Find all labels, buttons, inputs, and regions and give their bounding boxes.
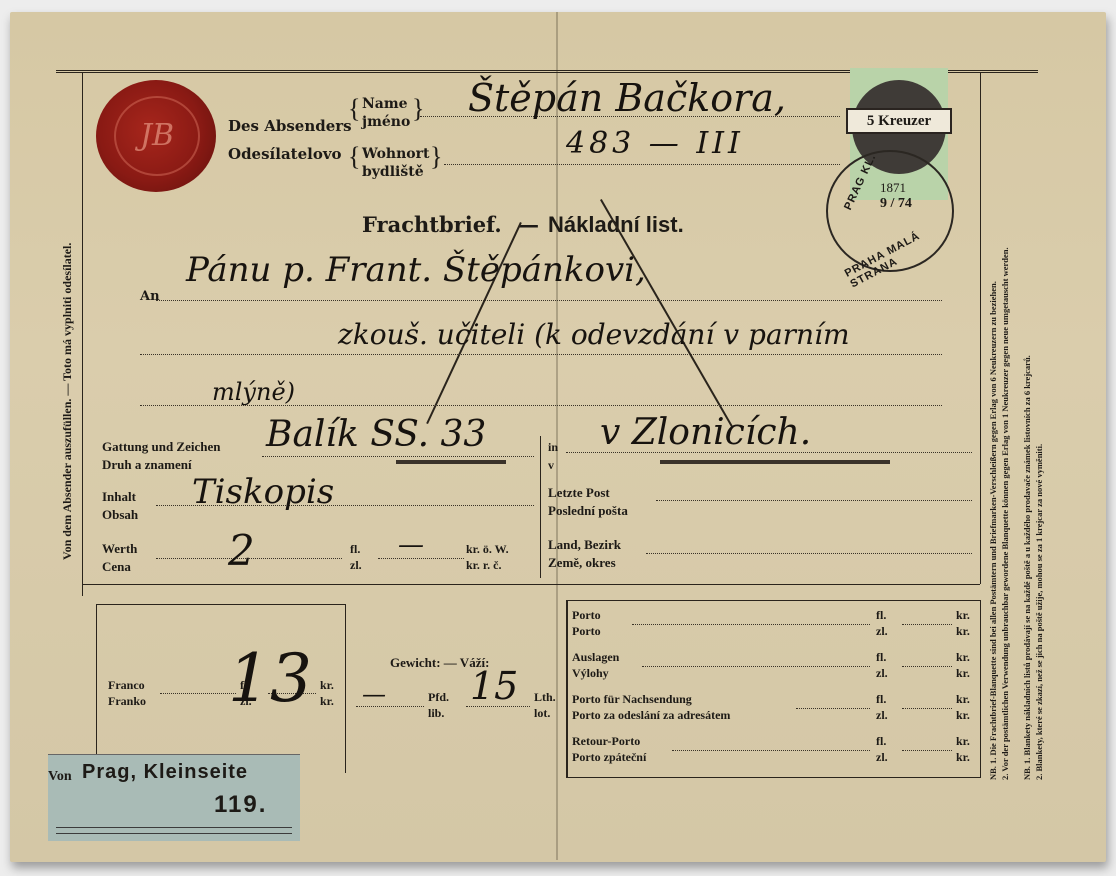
origin-rule <box>56 833 292 834</box>
recipient-line-1 <box>156 300 942 301</box>
charge-fl-line <box>632 624 870 625</box>
origin-place: Prag, Kleinseite <box>82 761 248 784</box>
charge-label-cs: Výlohy <box>572 666 609 680</box>
charge-fl-de: fl. <box>876 608 886 622</box>
charge-fl-cs: zl. <box>876 708 888 722</box>
charge-label-de: Retour-Porto <box>572 734 640 748</box>
origin-rule <box>56 827 292 828</box>
franco-label-cs: Franko <box>108 694 146 708</box>
origin-label: Von Prag, Kleinseite 119. <box>48 754 300 841</box>
note-cs-2: 2. Blankety, které se zkazí, než se jich… <box>1034 240 1046 780</box>
weight-lth-cs: lot. <box>534 706 550 720</box>
in-label-de: in <box>548 440 558 454</box>
weight-pfd-value: — <box>362 680 386 708</box>
value-amount: 2 <box>228 526 255 575</box>
district-label-cs: Země, okres <box>548 556 616 570</box>
charge-fl-line <box>672 750 870 751</box>
charge-kr-de: kr. <box>956 734 970 748</box>
value-label-de: Werth <box>102 542 137 556</box>
sender-label-de: Des Absenders <box>228 118 352 135</box>
weight-pfd-de: Pfd. <box>428 690 449 704</box>
in-label-cs: v <box>548 458 554 472</box>
kind-underline <box>396 460 506 464</box>
residence-label-cs: bydliště <box>362 164 424 181</box>
franco-fl-line <box>160 693 236 694</box>
brace: { <box>348 94 360 124</box>
district-line <box>646 553 972 554</box>
weight-lth-de: Lth. <box>534 690 556 704</box>
stamp-value: 5 Kreuzer <box>846 108 952 134</box>
last-post-line <box>656 500 972 501</box>
content-label-cs: Obsah <box>102 508 138 522</box>
brace: } <box>430 142 442 172</box>
recipient-line-2 <box>140 354 942 355</box>
weight-pfd-cs: lib. <box>428 706 444 720</box>
charge-label-cs: Porto zpáteční <box>572 750 646 764</box>
charge-row: Retour-Porto Porto zpáteční fl. zl. kr. … <box>572 730 972 772</box>
name-label-de: Name <box>362 96 408 113</box>
charge-label-de: Porto für Nachsendung <box>572 692 692 706</box>
charge-fl-line <box>642 666 870 667</box>
last-post-label-de: Letzte Post <box>548 486 610 500</box>
charge-kr-de: kr. <box>956 608 970 622</box>
content-label-de: Inhalt <box>102 490 136 504</box>
franco-kr-cs: kr. <box>320 694 334 708</box>
charge-kr-de: kr. <box>956 650 970 664</box>
district-label-de: Land, Bezirk <box>548 538 621 552</box>
value-fl-cs: zl. <box>350 558 362 572</box>
sender-name-value: Štěpán Bačkora, <box>468 76 786 120</box>
charges-list: Porto Porto fl. zl. kr. kr. Auslagen Výl… <box>572 604 972 772</box>
kind-value: Balík SS. 33 <box>266 414 486 455</box>
brace: } <box>412 94 424 124</box>
value-kr-de: kr. ö. W. <box>466 542 509 556</box>
kind-line <box>262 456 534 457</box>
charge-fl-line <box>796 708 870 709</box>
charge-fl-de: fl. <box>876 692 886 706</box>
charge-fl-de: fl. <box>876 734 886 748</box>
charge-row: Porto Porto fl. zl. kr. kr. <box>572 604 972 646</box>
note-de-2: 2. Vor der postämtlichen Verwendung unbr… <box>1000 80 1022 780</box>
charge-label-de: Auslagen <box>572 650 619 664</box>
recipient-line1-value: Pánu p. Frant. Štěpánkovi, <box>186 250 646 290</box>
origin-prefix: Von <box>48 769 72 785</box>
kind-label-cs: Druh a znamení <box>102 458 192 472</box>
charge-fl-de: fl. <box>876 650 886 664</box>
brace: { <box>348 142 360 172</box>
frame-right-line <box>980 72 981 584</box>
residence-line <box>444 164 840 165</box>
last-post-label-cs: Poslední pošta <box>548 504 628 518</box>
charge-kr-cs: kr. <box>956 708 970 722</box>
value-kr-cs: kr. r. č. <box>466 558 501 572</box>
recipient-line3-value: mlýně) <box>212 378 295 406</box>
franco-value: 13 <box>228 640 312 717</box>
charge-kr-cs: kr. <box>956 666 970 680</box>
destination-underline <box>660 460 890 464</box>
field-divider <box>540 436 541 578</box>
frame-left-line <box>82 72 83 596</box>
charge-fl-cs: zl. <box>876 666 888 680</box>
charge-kr-line <box>902 624 952 625</box>
charge-row: Auslagen Výlohy fl. zl. kr. kr. <box>572 646 972 688</box>
postmark: PRAG KL. 9 / 74 PRAHA MALÁ STRANA <box>826 150 954 272</box>
franco-label-de: Franco <box>108 678 145 692</box>
value-label-cs: Cena <box>102 560 131 574</box>
charge-kr-cs: kr. <box>956 750 970 764</box>
charge-kr-line <box>902 708 952 709</box>
weight-lth-value: 15 <box>470 664 518 708</box>
side-instruction: Von dem Absender auszufüllen. — Toto má … <box>60 100 74 560</box>
name-label-cs: jméno <box>362 114 410 131</box>
note-cs-1: NB. 1. Blankety nákladních listů prodáva… <box>1022 240 1034 780</box>
charge-kr-de: kr. <box>956 692 970 706</box>
value-fl-de: fl. <box>350 542 360 556</box>
charge-fl-cs: zl. <box>876 624 888 638</box>
sender-residence-value: 483 — III <box>566 126 744 161</box>
weight-pfd-line <box>356 706 424 707</box>
charge-label-de: Porto <box>572 608 601 622</box>
title-separator: — <box>518 212 539 237</box>
charge-kr-line <box>902 666 952 667</box>
charge-kr-line <box>902 750 952 751</box>
title-de: Frachtbrief. <box>362 212 502 237</box>
franco-kr-de: kr. <box>320 678 334 692</box>
charge-label-cs: Porto <box>572 624 601 638</box>
postmark-date: 9 / 74 <box>880 196 912 212</box>
charge-row: Porto für Nachsendung Porto za odeslání … <box>572 688 972 730</box>
recipient-line2-value: zkouš. učiteli (k odevzdání v parním <box>338 318 850 351</box>
charge-label-cs: Porto za odeslání za adresátem <box>572 708 730 722</box>
kind-label-de: Gattung und Zeichen <box>102 440 220 454</box>
charge-kr-cs: kr. <box>956 624 970 638</box>
destination-value: v Zlonicích. <box>600 412 811 453</box>
charge-fl-cs: zl. <box>876 750 888 764</box>
recipient-prefix: An <box>140 288 160 305</box>
content-value: Tiskopis <box>192 472 334 512</box>
origin-number: 119. <box>214 791 267 819</box>
seal-monogram: JB <box>114 96 200 176</box>
residence-label-de: Wohnort <box>362 146 429 163</box>
value-kr-value: — <box>398 530 424 560</box>
sender-label-cs: Odesílatelovo <box>228 146 342 163</box>
wax-seal: JB <box>96 80 216 192</box>
frame-middle-line <box>82 584 980 585</box>
